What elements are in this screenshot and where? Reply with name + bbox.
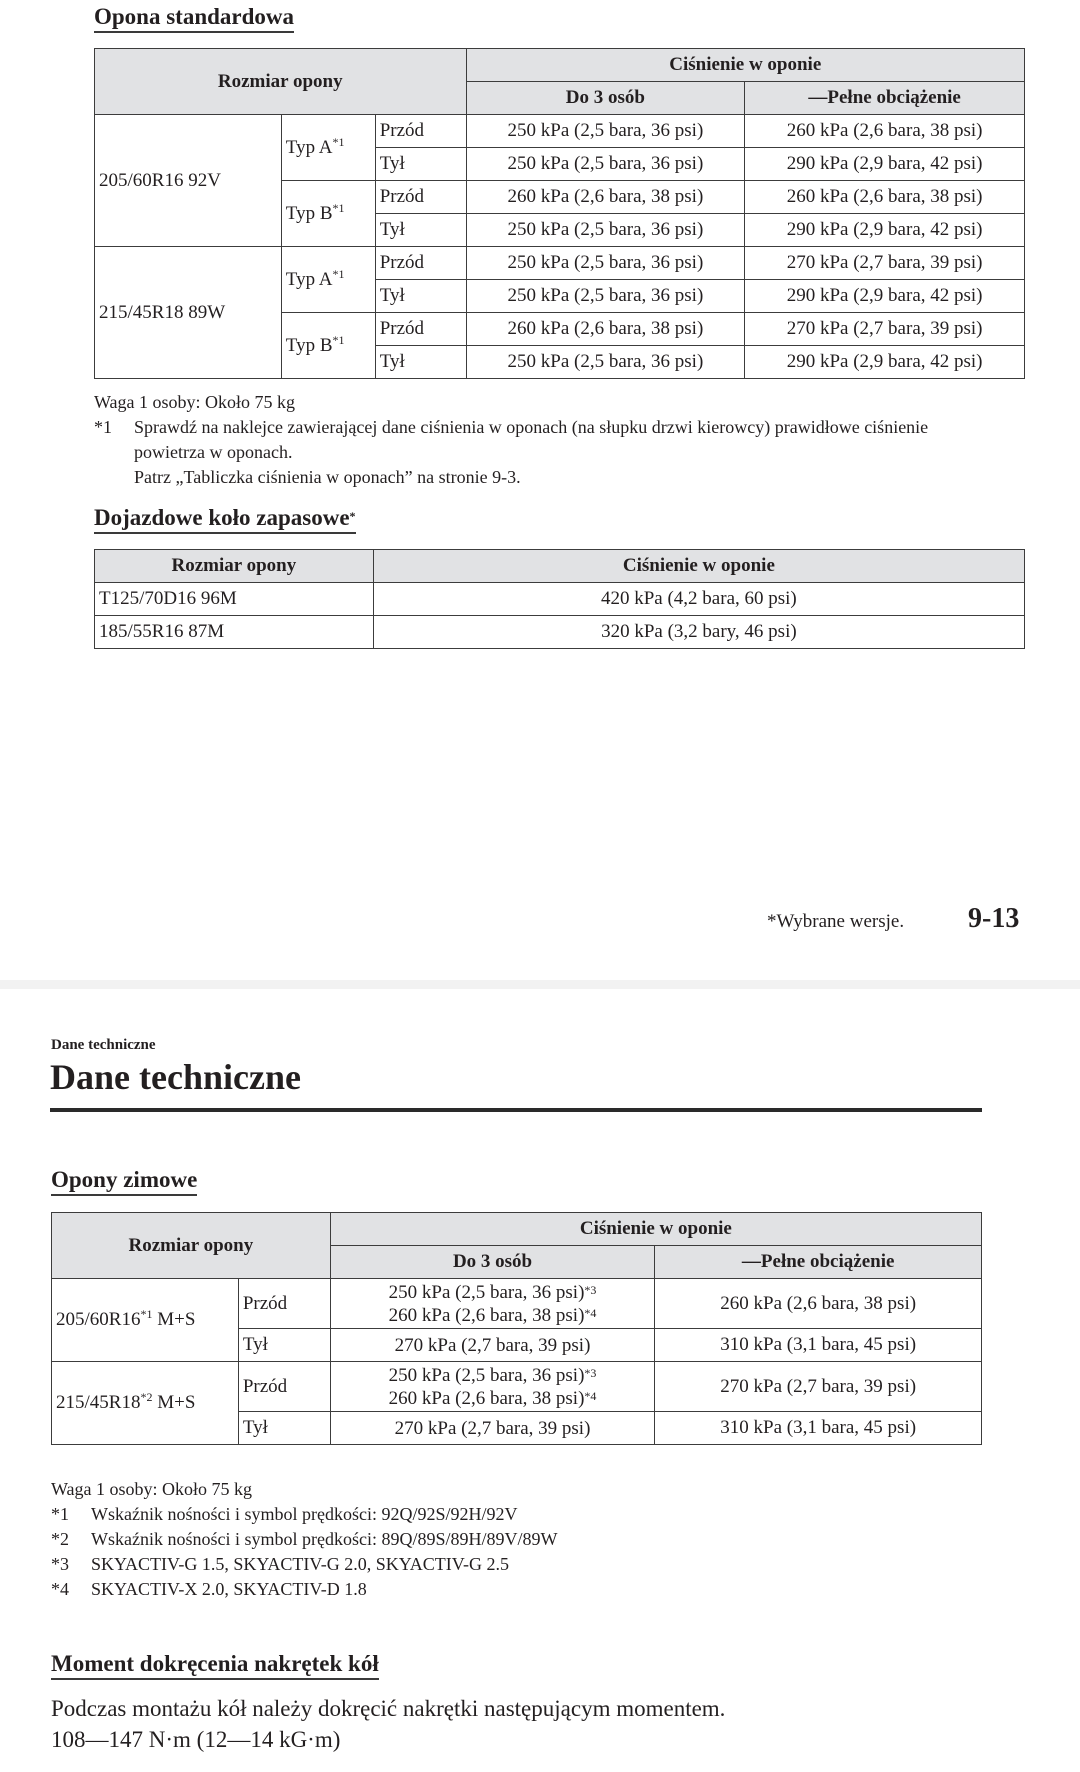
- footnote-text: Wskaźnik nośności i symbol prędkości: 89…: [91, 1527, 557, 1552]
- tire-size-suffix: M+S: [152, 1309, 195, 1330]
- section-title-standard-tire: Opona standardowa: [94, 4, 294, 33]
- axle-position: Przód: [238, 1362, 330, 1412]
- footnote-mark: *1: [51, 1502, 91, 1527]
- footnote: *4SKYACTIV-X 2.0, SKYACTIV-D 1.8: [51, 1577, 951, 1602]
- pressure-up-to-3: 270 kPa (2,7 bara, 39 psi): [330, 1329, 655, 1362]
- pressure-up-to-3: 270 kPa (2,7 bara, 39 psi): [330, 1412, 655, 1445]
- tire-type: Typ A*1: [281, 115, 375, 181]
- pressure-full-load: 310 kPa (3,1 bara, 45 psi): [655, 1329, 982, 1362]
- axle-position: Przód: [375, 313, 466, 346]
- footnote: *1Wskaźnik nośności i symbol prędkości: …: [51, 1502, 951, 1527]
- tire-type-label: Typ A: [286, 137, 333, 158]
- footnote-ref: *1: [333, 333, 345, 347]
- tire-size: 205/60R16 92V: [95, 115, 282, 247]
- footnote-ref: *3: [584, 1366, 596, 1380]
- footnote-line: Patrz „Tabliczka ciśnienia w oponach” na…: [134, 465, 928, 490]
- standard-notes: Waga 1 osoby: Około 75 kg *1 Sprawdź na …: [94, 390, 1044, 490]
- axle-position: Przód: [375, 181, 466, 214]
- table-row: T125/70D16 96M 420 kPa (4,2 bara, 60 psi…: [95, 583, 1025, 616]
- pressure-value: 250 kPa (2,5 bara, 36 psi): [389, 1365, 585, 1386]
- footnote-ref: *4: [584, 1389, 596, 1403]
- footnote-text: SKYACTIV-X 2.0, SKYACTIV-D 1.8: [91, 1577, 367, 1602]
- footnote-mark: *4: [51, 1577, 91, 1602]
- pressure-value: 250 kPa (2,5 bara, 36 psi): [389, 1282, 585, 1303]
- header-up-to-3: Do 3 osób: [466, 82, 745, 115]
- winter-notes: Waga 1 osoby: Około 75 kg *1Wskaźnik noś…: [51, 1477, 951, 1602]
- section-title-torque: Moment dokręcenia nakrętek kół: [51, 1651, 379, 1680]
- pressure-up-to-3: 250 kPa (2,5 bara, 36 psi): [466, 346, 745, 379]
- footnote-text: Wskaźnik nośności i symbol prędkości: 92…: [91, 1502, 517, 1527]
- pressure-full-load: 310 kPa (3,1 bara, 45 psi): [655, 1412, 982, 1445]
- table-row: 215/45R18 89WTyp A*1Przód250 kPa (2,5 ba…: [95, 247, 1025, 280]
- axle-position: Przód: [375, 115, 466, 148]
- axle-position: Tył: [238, 1329, 330, 1362]
- footer-note: *Wybrane wersje.: [767, 911, 904, 933]
- tire-size: 215/45R18 89W: [95, 247, 282, 379]
- pressure-full-load: 290 kPa (2,9 bara, 42 psi): [745, 214, 1025, 247]
- pressure-up-to-3: 260 kPa (2,6 bara, 38 psi): [466, 313, 745, 346]
- torque-text: Podczas montażu kół należy dokręcić nakr…: [51, 1693, 725, 1724]
- torque-block: Podczas montażu kół należy dokręcić nakr…: [51, 1693, 725, 1755]
- pressure-up-to-3: 250 kPa (2,5 bara, 36 psi): [466, 280, 745, 313]
- axle-position: Tył: [375, 280, 466, 313]
- tire-size: 205/60R16*1 M+S: [52, 1279, 239, 1362]
- winter-tire-pressure-table: Rozmiar opony Ciśnienie w oponie Do 3 os…: [51, 1212, 982, 1445]
- pressure-up-to-3: 250 kPa (2,5 bara, 36 psi)*3260 kPa (2,6…: [330, 1362, 655, 1412]
- footnote-line: powietrza w oponach.: [134, 440, 928, 465]
- spare-pressure: 320 kPa (3,2 bary, 46 psi): [373, 616, 1024, 649]
- axle-position: Tył: [375, 214, 466, 247]
- section-title-spare-wheel: Dojazdowe koło zapasowe*: [94, 505, 356, 534]
- table-row: 205/60R16*1 M+SPrzód250 kPa (2,5 bara, 3…: [52, 1279, 982, 1329]
- table-row: 215/45R18*2 M+SPrzód250 kPa (2,5 bara, 3…: [52, 1362, 982, 1412]
- pressure-full-load: 260 kPa (2,6 bara, 38 psi): [745, 115, 1025, 148]
- pressure-value: 260 kPa (2,6 bara, 38 psi): [389, 1388, 585, 1409]
- weight-note: Waga 1 osoby: Około 75 kg: [94, 390, 1044, 415]
- footnote: *3SKYACTIV-G 1.5, SKYACTIV-G 2.0, SKYACT…: [51, 1552, 951, 1577]
- standard-tire-pressure-table: Rozmiar opony Ciśnienie w oponie Do 3 os…: [94, 48, 1025, 379]
- pressure-full-load: 290 kPa (2,9 bara, 42 psi): [745, 280, 1025, 313]
- spare-size: T125/70D16 96M: [95, 583, 374, 616]
- axle-position: Tył: [238, 1412, 330, 1445]
- pressure-value: 270 kPa (2,7 bara, 39 psi): [395, 1335, 591, 1356]
- spare-size: 185/55R16 87M: [95, 616, 374, 649]
- running-header: Dane techniczne: [51, 1037, 156, 1054]
- tire-type-label: Typ A: [286, 269, 333, 290]
- spare-wheel-table: Rozmiar opony Ciśnienie w oponie T125/70…: [94, 549, 1025, 649]
- pressure-full-load: 270 kPa (2,7 bara, 39 psi): [655, 1362, 982, 1412]
- header-tire-size: Rozmiar opony: [52, 1213, 331, 1279]
- page-number: 9-13: [968, 903, 1019, 935]
- pressure-up-to-3: 250 kPa (2,5 bara, 36 psi): [466, 148, 745, 181]
- footnote-ref: *1: [333, 201, 345, 215]
- footnote-ref: *2: [140, 1390, 152, 1404]
- axle-position: Tył: [375, 346, 466, 379]
- tire-size-suffix: M+S: [152, 1392, 195, 1413]
- footnote-mark: *3: [51, 1552, 91, 1577]
- header-up-to-3: Do 3 osób: [330, 1246, 655, 1279]
- footnote-ref: *1: [333, 135, 345, 149]
- table-row: 205/60R16 92VTyp A*1Przód250 kPa (2,5 ba…: [95, 115, 1025, 148]
- header-pressure: Ciśnienie w oponie: [330, 1213, 981, 1246]
- table-row: 185/55R16 87M 320 kPa (3,2 bary, 46 psi): [95, 616, 1025, 649]
- tire-type: Typ B*1: [281, 313, 375, 379]
- pressure-value: 260 kPa (2,6 bara, 38 psi): [389, 1305, 585, 1326]
- pressure-full-load: 270 kPa (2,7 bara, 39 psi): [745, 247, 1025, 280]
- footnote-ref: *4: [584, 1306, 596, 1320]
- axle-position: Przód: [375, 247, 466, 280]
- pressure-up-to-3: 250 kPa (2,5 bara, 36 psi): [466, 247, 745, 280]
- footnote-ref: *3: [584, 1283, 596, 1297]
- spare-header-pressure: Ciśnienie w oponie: [373, 550, 1024, 583]
- spare-title-text: Dojazdowe koło zapasowe: [94, 505, 350, 530]
- pressure-up-to-3: 250 kPa (2,5 bara, 36 psi): [466, 214, 745, 247]
- weight-note: Waga 1 osoby: Około 75 kg: [51, 1477, 951, 1502]
- footnote-ref: *1: [140, 1307, 152, 1321]
- header-pressure: Ciśnienie w oponie: [466, 49, 1024, 82]
- tire-type-label: Typ B: [286, 335, 333, 356]
- footnote-text: SKYACTIV-G 1.5, SKYACTIV-G 2.0, SKYACTIV…: [91, 1552, 509, 1577]
- pressure-full-load: 260 kPa (2,6 bara, 38 psi): [655, 1279, 982, 1329]
- axle-position: Przód: [238, 1279, 330, 1329]
- header-full-load: —Pełne obciążenie: [745, 82, 1025, 115]
- pressure-up-to-3: 250 kPa (2,5 bara, 36 psi)*3260 kPa (2,6…: [330, 1279, 655, 1329]
- pressure-full-load: 290 kPa (2,9 bara, 42 psi): [745, 346, 1025, 379]
- footnote-ref: *1: [333, 267, 345, 281]
- tire-type-label: Typ B: [286, 203, 333, 224]
- axle-position: Tył: [375, 148, 466, 181]
- pressure-value: 270 kPa (2,7 bara, 39 psi): [395, 1418, 591, 1439]
- section-title-winter-tires: Opony zimowe: [51, 1167, 197, 1196]
- pressure-full-load: 260 kPa (2,6 bara, 38 psi): [745, 181, 1025, 214]
- footnote-mark: *2: [51, 1527, 91, 1552]
- tire-type: Typ A*1: [281, 247, 375, 313]
- torque-value: 108—147 N·m (12—14 kG·m): [51, 1724, 725, 1755]
- page-title: Dane techniczne: [50, 1056, 301, 1098]
- pressure-full-load: 270 kPa (2,7 bara, 39 psi): [745, 313, 1025, 346]
- tire-size-label: 215/45R18: [56, 1392, 140, 1413]
- footnote-mark: *1: [94, 415, 134, 490]
- spare-pressure: 420 kPa (4,2 bara, 60 psi): [373, 583, 1024, 616]
- tire-size-label: 205/60R16: [56, 1309, 140, 1330]
- page-separator: [0, 980, 1080, 989]
- footnote-line: Sprawdź na naklejce zawierającej dane ci…: [134, 415, 928, 440]
- title-rule: [50, 1108, 982, 1112]
- tire-size: 215/45R18*2 M+S: [52, 1362, 239, 1445]
- pressure-up-to-3: 250 kPa (2,5 bara, 36 psi): [466, 115, 745, 148]
- header-full-load: —Pełne obciążenie: [655, 1246, 982, 1279]
- pressure-up-to-3: 260 kPa (2,6 bara, 38 psi): [466, 181, 745, 214]
- footnote: *2Wskaźnik nośności i symbol prędkości: …: [51, 1527, 951, 1552]
- spare-title-mark: *: [350, 509, 356, 523]
- header-tire-size: Rozmiar opony: [95, 49, 467, 115]
- pressure-full-load: 290 kPa (2,9 bara, 42 psi): [745, 148, 1025, 181]
- tire-type: Typ B*1: [281, 181, 375, 247]
- spare-header-size: Rozmiar opony: [95, 550, 374, 583]
